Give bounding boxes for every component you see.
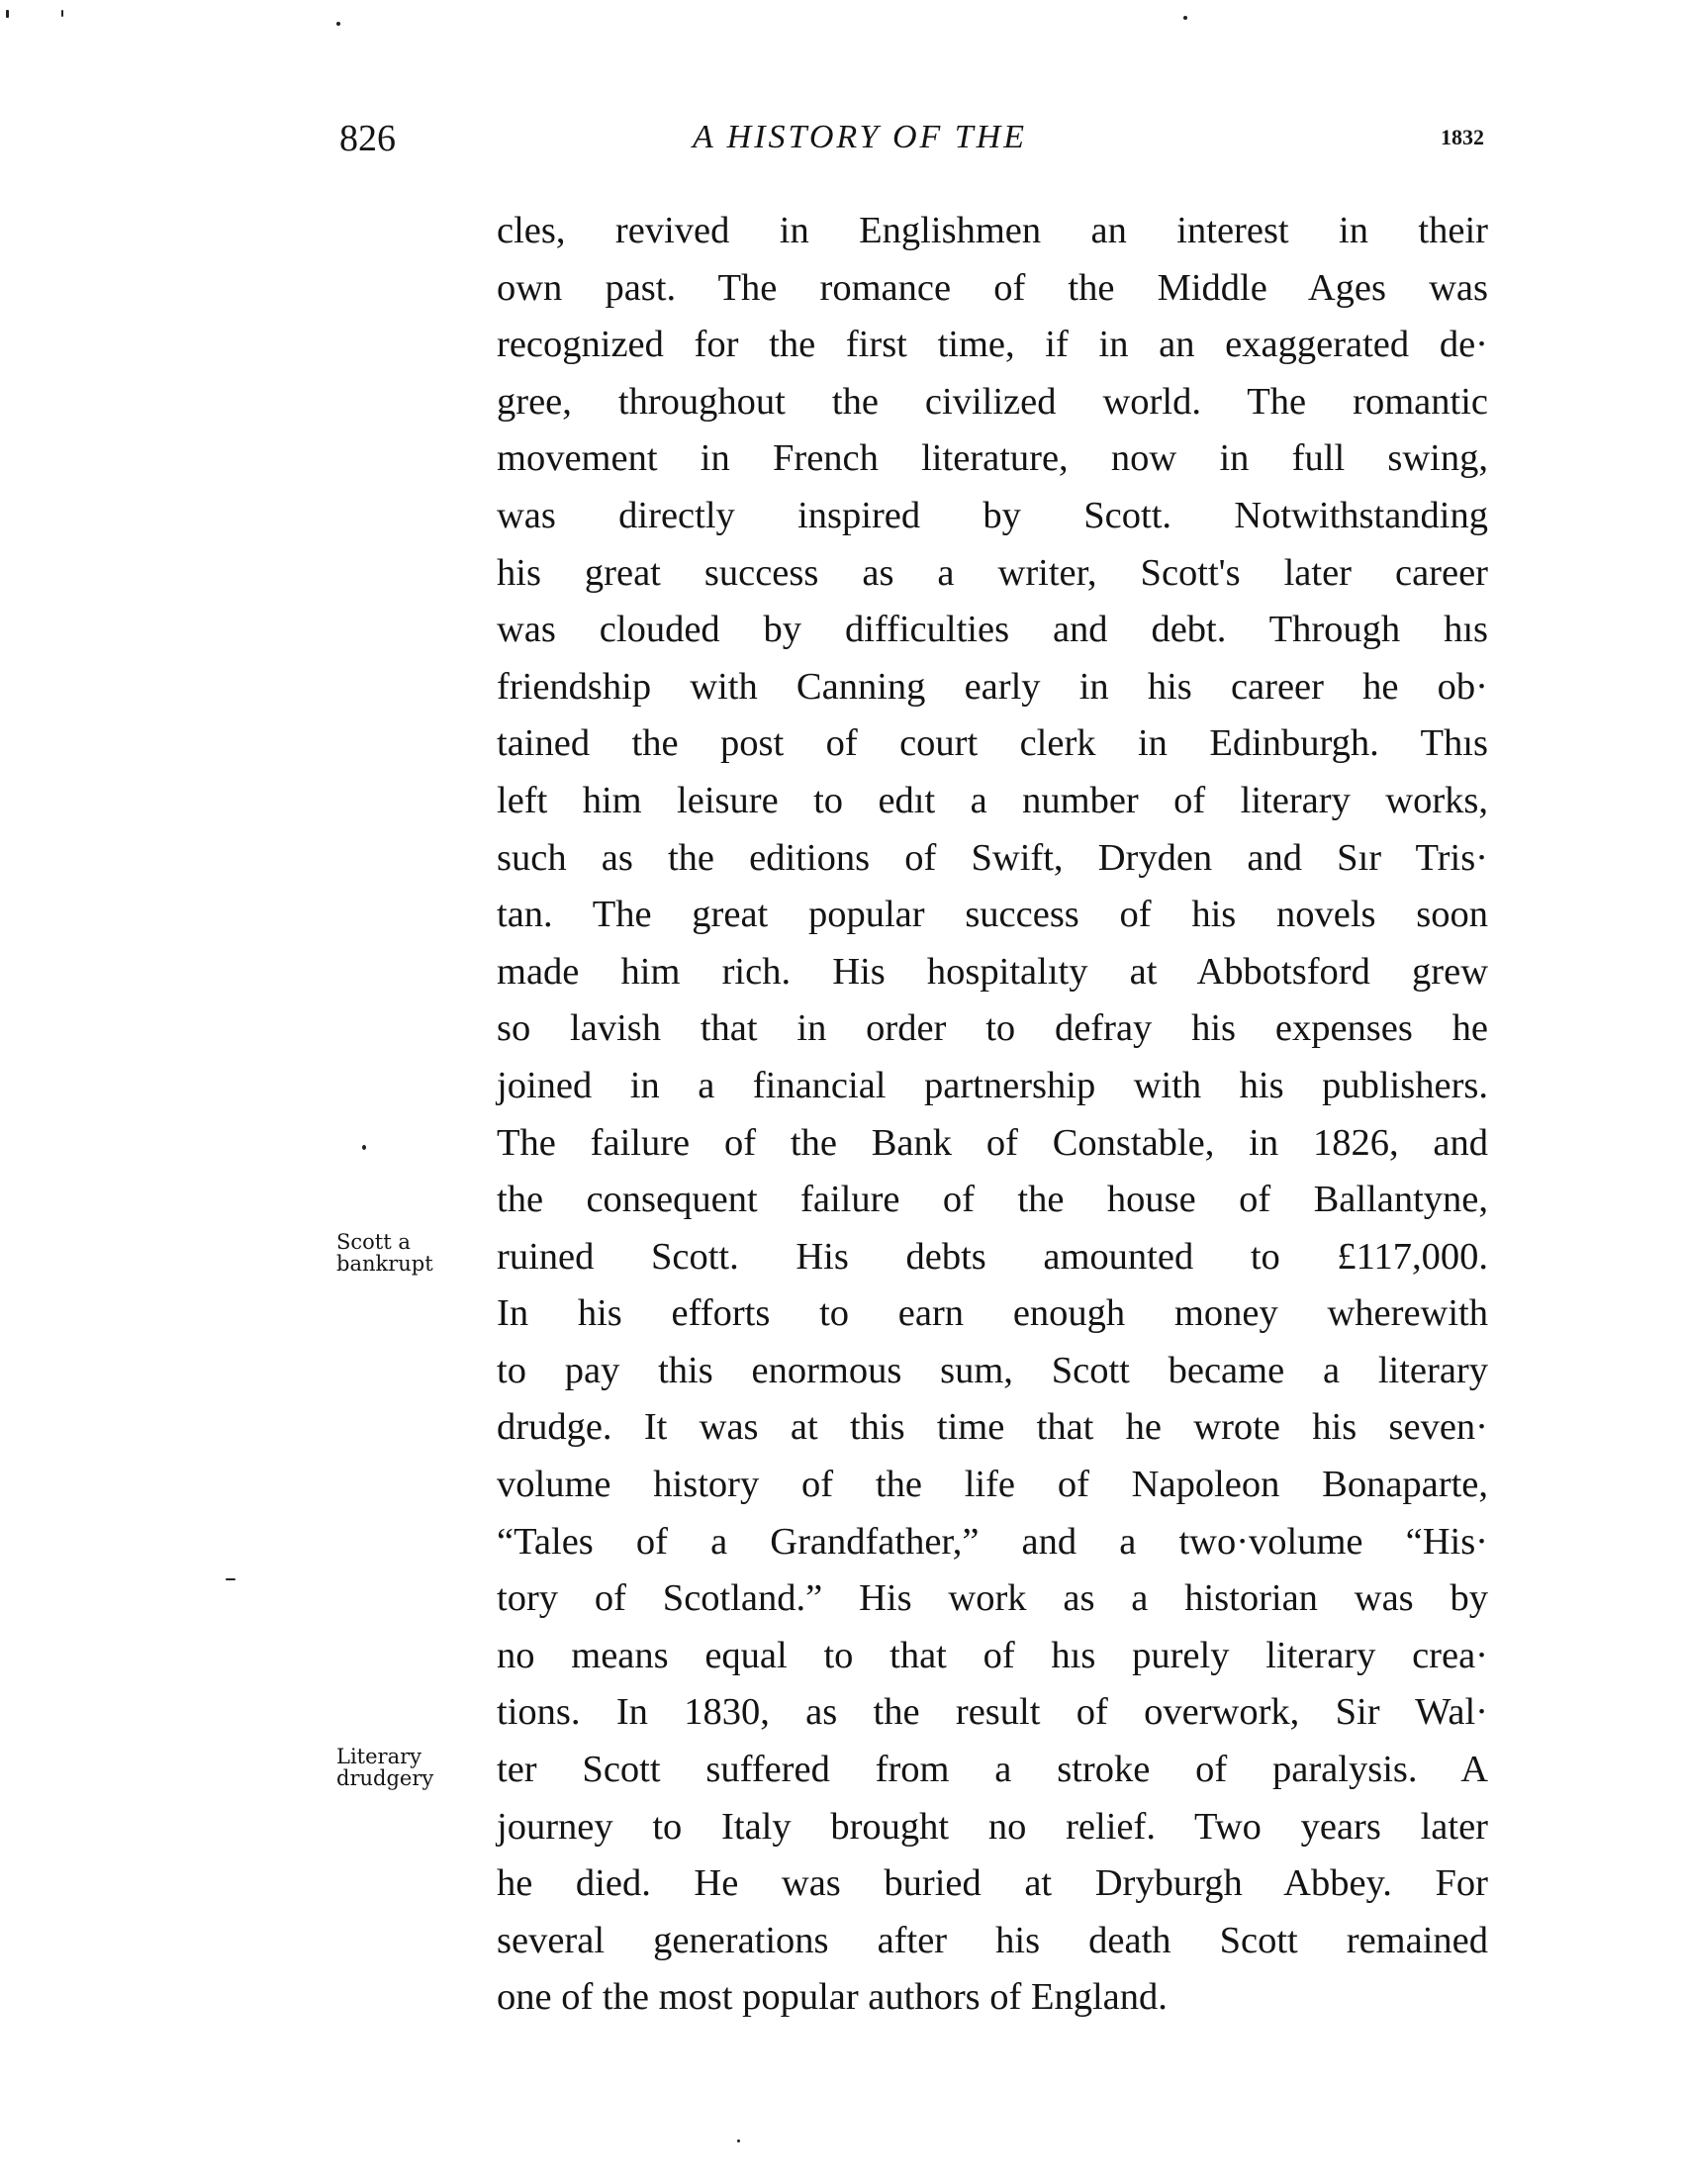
margin-note-line: bankrupt [336,1253,475,1275]
scan-speck [362,1145,366,1150]
margin-note-line: Scott a [336,1231,475,1253]
text-line: ter Scott suffered from a stroke of para… [497,1742,1488,1799]
text-line: In his efforts to earn enough money wher… [497,1285,1488,1343]
scan-speck [1183,16,1187,20]
text-line: journey to Italy brought no relief. Two … [497,1799,1488,1856]
text-line: made him rich. His hospitalıty at Abbots… [497,944,1488,1001]
text-line: recognized for the first time, if in an … [497,317,1488,374]
text-line: The failure of the Bank of Constable, in… [497,1115,1488,1173]
text-line: movement in French literature, now in fu… [497,430,1488,488]
text-line: his great success as a writer, Scott's l… [497,545,1488,603]
text-line: tan. The great popular success of his no… [497,887,1488,944]
margin-note-scott-bankrupt: Scott a bankrupt [336,1231,475,1275]
text-line: left him leisure to edıt a number of lit… [497,773,1488,830]
text-line: so lavish that in order to defray his ex… [497,1000,1488,1058]
text-line: drudge. It was at this time that he wrot… [497,1399,1488,1457]
text-line: one of the most popular authors of Engla… [497,1969,1488,2027]
book-page: 826 A HISTORY OF THE 1832 Scott a bankru… [0,0,1685,2184]
margin-note-line: Literary [336,1746,475,1767]
text-line: he died. He was buried at Dryburgh Abbey… [497,1855,1488,1913]
text-line: own past. The romance of the Middle Ages… [497,260,1488,318]
text-line: to pay this enormous sum, Scott became a… [497,1343,1488,1400]
margin-note-literary-drudgery: Literary drudgery [336,1746,475,1789]
text-line: friendship with Canning early in his car… [497,659,1488,716]
text-line: was clouded by difficulties and debt. Th… [497,602,1488,659]
text-line: volume history of the life of Napoleon B… [497,1457,1488,1514]
text-line: the consequent failure of the house of B… [497,1172,1488,1229]
scan-speck [336,22,340,26]
text-line: was directly inspired by Scott. Notwiths… [497,488,1488,545]
text-line: several generations after his death Scot… [497,1913,1488,1970]
scan-speck [61,10,63,17]
running-head: 826 A HISTORY OF THE 1832 [0,117,1685,166]
text-line: tions. In 1830, as the result of overwor… [497,1684,1488,1742]
scan-speck [737,2139,740,2142]
margin-note-line: drudgery [336,1767,475,1789]
text-line: ruined Scott. His debts amounted to £117… [497,1229,1488,1286]
text-line: no means equal to that of hıs purely lit… [497,1628,1488,1685]
text-line: such as the editions of Swift, Dryden an… [497,830,1488,888]
scan-speck [6,10,9,18]
text-line: gree, throughout the civilized world. Th… [497,374,1488,431]
scan-speck [226,1578,235,1580]
body-text: cles, revived in Englishmen an interest … [497,203,1488,2027]
text-line: tory of Scotland.” His work as a histori… [497,1570,1488,1628]
text-line: “Tales of a Grandfather,” and a two·volu… [497,1514,1488,1571]
page-number: 826 [339,117,396,160]
running-year: 1832 [1441,125,1484,150]
running-title: A HISTORY OF THE [693,119,1027,156]
text-line: cles, revived in Englishmen an interest … [497,203,1488,260]
text-line: joined in a financial partnership with h… [497,1058,1488,1115]
text-line: tained the post of court clerk in Edinbu… [497,715,1488,773]
